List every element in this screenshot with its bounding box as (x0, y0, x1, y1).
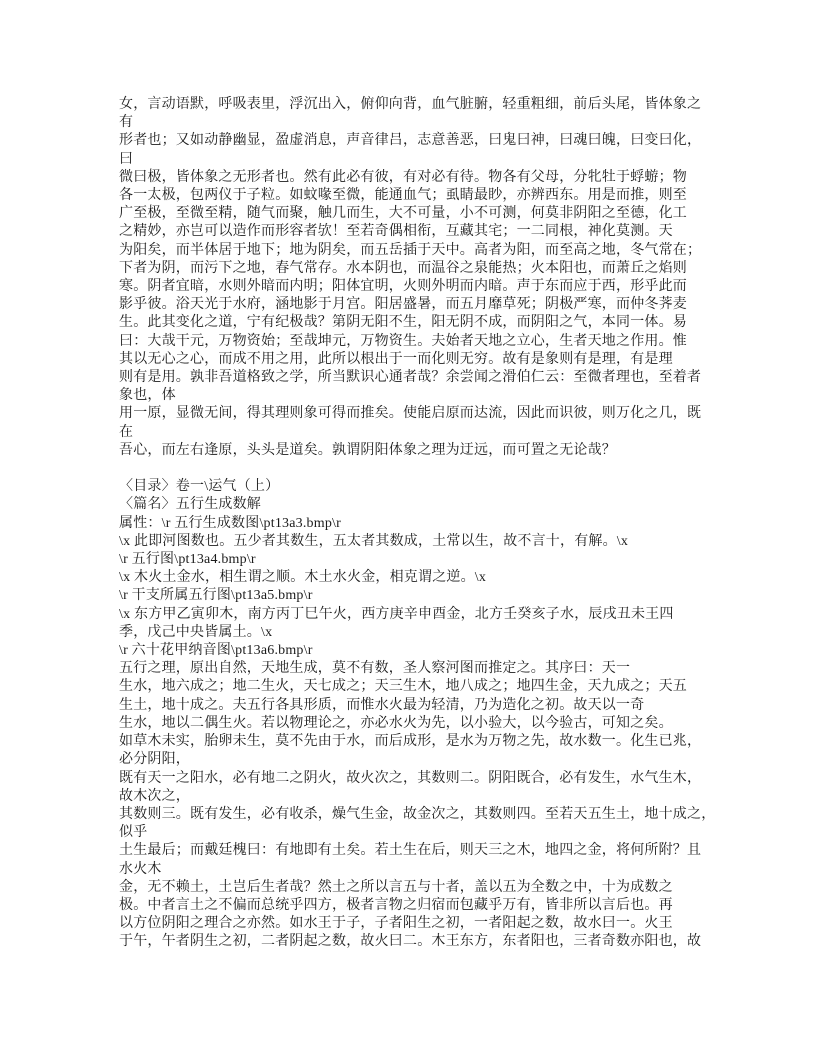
text-line: 之精妙，亦岂可以造作而形容者欤！至若奇偶相衔，互藏其宅；一二同根，神化莫测。天 (119, 223, 729, 241)
text-line: 象也，体 (119, 387, 729, 405)
text-line: 用一原，显微无间，得其理则象可得而推矣。使能启原而达流，因此而识彼，则万化之几，… (119, 405, 729, 423)
text-line: 季，戊己中央皆属土。\x (119, 624, 729, 642)
text-line: 则有是用。孰非吾道格致之学，所当默识心通者哉？余尝闻之滑伯仁云：至微者理也，至着… (119, 369, 729, 387)
text-line: 有 (119, 114, 729, 132)
text-line: 其以无心之心，而成不用之用，此所以根出于一而化则无穷。故有是象则有是理，有是理 (119, 351, 729, 369)
text-line: 各一太极，包两仪于子粒。如蚊喙至微，能通血气；虱睛最眇，亦辨西东。用是而推，则至 (119, 187, 729, 205)
text-line: 为阳矣，而半体居于地下；地为阴矣，而五岳插于天中。高者为阳，而至高之地，冬气常在… (119, 242, 729, 260)
text-line: 金，无不赖土，土岂后生者哉？然土之所以言五与十者，盖以五为全数之中，十为成数之 (119, 879, 729, 897)
text-line: \x 木火土金水，相生谓之顺。木土水火金，相克谓之逆。\x (119, 569, 729, 587)
text-line: \x 此即河图数也。五少者其数生，五太者其数成，土常以生，故不言十，有解。\x (119, 533, 729, 551)
text-line: 生土，地十成之。夫五行各具形质，而惟水火最为轻清，乃为造化之初。故天以一奇 (119, 697, 729, 715)
text-line: \r 五行图\pt13a4.bmp\r (119, 551, 729, 569)
text-line: 曰：大哉干元，万物资始；至哉坤元，万物资生。夫始者天地之立心，生者天地之作用。惟 (119, 333, 729, 351)
document-page: 女，言动语默，呼吸表里，浮沉出入，俯仰向背，血气脏腑，轻重粗细，前后头尾，皆体象… (0, 0, 816, 1056)
text-line: 生。此其变化之道，宁有纪极哉？第阴无阳不生，阳无阴不成，而阴阳之气，本同一体。易 (119, 314, 729, 332)
text-line: 既有天一之阳水，必有地二之阴火，故火次之，其数则二。阴阳既合，必有发生，水气生木… (119, 770, 729, 788)
text-line: \r 干支所属五行图\pt13a5.bmp\r (119, 587, 729, 605)
text-line: 曰 (119, 151, 729, 169)
text-line: 微曰极，皆体象之无形者也。然有此必有彼，有对必有待。物各有父母，分牝牡于蜉蝣；物 (119, 169, 729, 187)
text-line: 故木次之， (119, 788, 729, 806)
text-line (119, 460, 729, 478)
document-text-block: 女，言动语默，呼吸表里，浮沉出入，俯仰向背，血气脏腑，轻重粗细，前后头尾，皆体象… (119, 96, 729, 952)
text-line: 如草木未实，胎卵未生，莫不先由于水，而后成形，是水为万物之先，故水数一。化生已兆… (119, 733, 729, 751)
text-line: 其数则三。既有发生，必有收杀，燥气生金，故金次之，其数则四。至若天五生土，地十成… (119, 806, 729, 824)
text-line: 寒。阴者宜暗，水则外暗而内明；阳体宜明，火则外明而内暗。声于东而应于西，形乎此而 (119, 278, 729, 296)
text-line: 吾心，而左右逢原，头头是道矣。孰谓阴阳体象之理为迂远，而可置之无论哉？ (119, 442, 729, 460)
text-line: 在 (119, 424, 729, 442)
text-line: 女，言动语默，呼吸表里，浮沉出入，俯仰向背，血气脏腑，轻重粗细，前后头尾，皆体象… (119, 96, 729, 114)
text-line: 生水，地以二偶生火。若以物理论之，亦必水火为先，以小验大，以今验古，可知之矣。 (119, 715, 729, 733)
text-line: 形者也；又如动静幽显，盈虚消息，声音律吕，志意善恶，曰鬼曰神，曰魂曰魄，曰变曰化… (119, 132, 729, 150)
text-line: 极。中者言土之不偏而总统乎四方，极者言物之归宿而包藏乎万有，皆非所以言后也。再 (119, 897, 729, 915)
text-line: 似乎 (119, 824, 729, 842)
text-line: 五行之理，原出自然，天地生成，莫不有数，圣人察河图而推定之。其序曰：天一 (119, 660, 729, 678)
text-line: 属性：\r 五行生成数图\pt13a3.bmp\r (119, 515, 729, 533)
text-line: \x 东方甲乙寅卯木，南方丙丁巳午火，西方庚辛申酉金，北方壬癸亥子水，辰戌丑未王… (119, 606, 729, 624)
text-line: 必分阴阳， (119, 751, 729, 769)
text-line: 〈篇名〉五行生成数解 (119, 496, 729, 514)
text-line: 生水，地六成之；地二生火，天七成之；天三生木，地八成之；地四生金，天九成之；天五 (119, 678, 729, 696)
text-line: 广至极，至微至精，随气而聚，触几而生，大不可量，小不可测，何莫非阴阳之至德，化工 (119, 205, 729, 223)
text-line: 于午，午者阴生之初，二者阴起之数，故火曰二。木王东方，东者阳也，三者奇数亦阳也，… (119, 933, 729, 951)
text-line: 水火木 (119, 861, 729, 879)
text-line: 〈目录〉卷一\运气（上） (119, 478, 729, 496)
text-line: 影乎彼。浴天光于水府，涵地影于月宫。阳居盛暑，而五月靡草死；阴极严寒，而仲冬荠麦 (119, 296, 729, 314)
text-line: 下者为阴，而污下之地，春气常存。水本阴也，而温谷之泉能热；火本阳也，而萧丘之焰则 (119, 260, 729, 278)
text-line: \r 六十花甲纳音图\pt13a6.bmp\r (119, 642, 729, 660)
text-line: 土生最后；而戴廷槐曰：有地即有土矣。若土生在后，则天三之木，地四之金，将何所附？… (119, 842, 729, 860)
text-line: 以方位阴阳之理合之亦然。如水王于子，子者阳生之初，一者阳起之数，故水曰一。火王 (119, 915, 729, 933)
